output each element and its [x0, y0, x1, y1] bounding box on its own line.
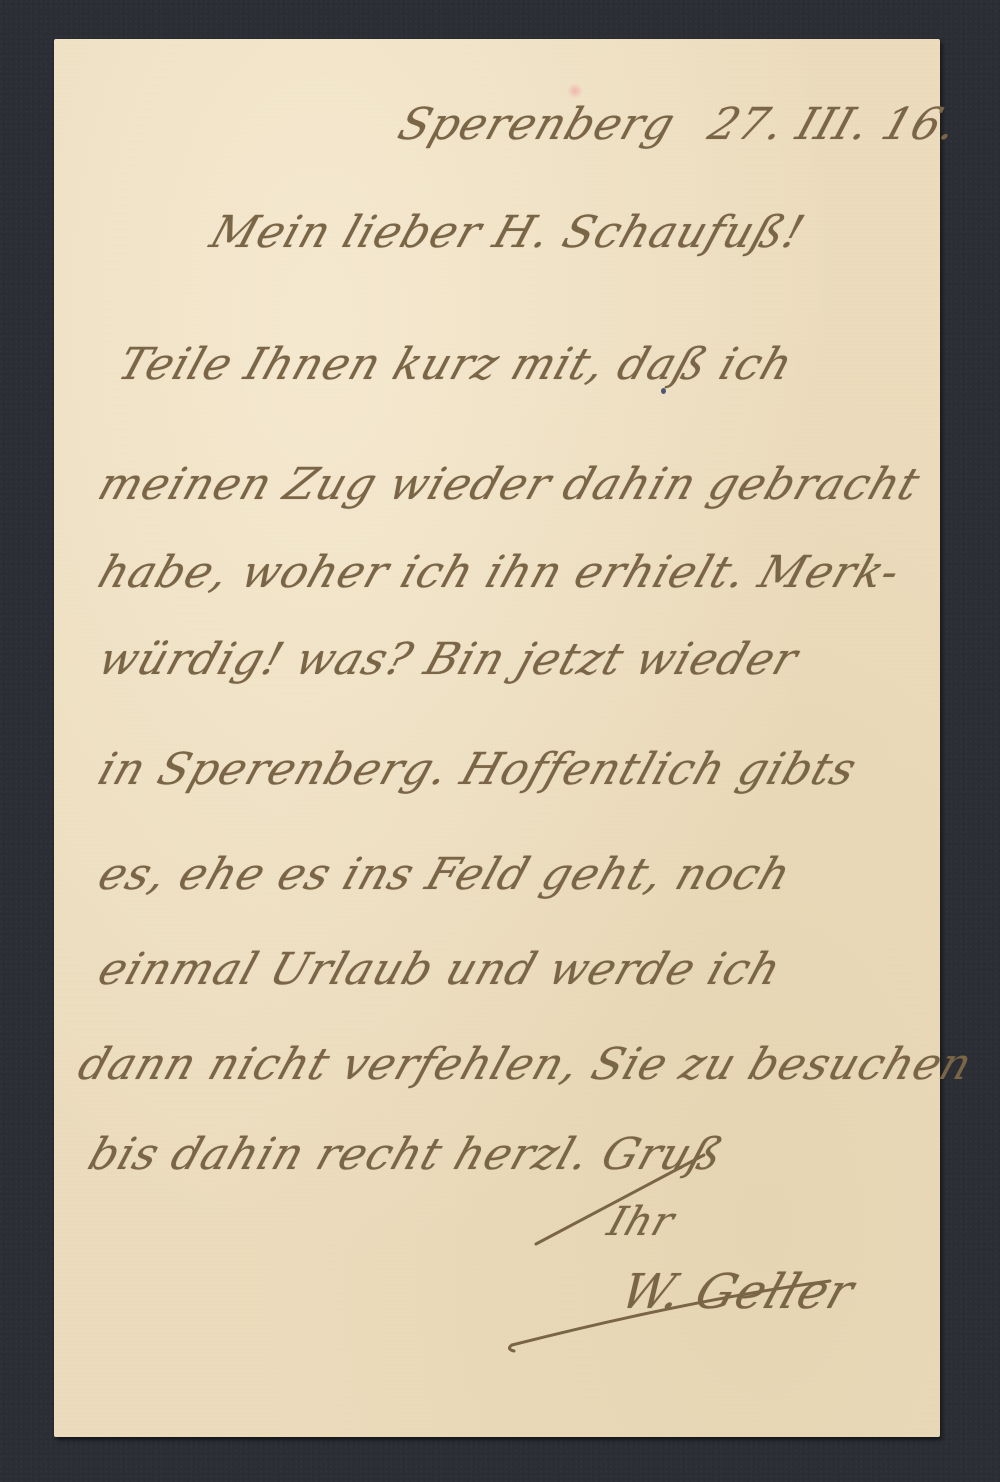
postcard: Sperenberg 27. III. 16. Mein lieber H. S… — [54, 39, 940, 1437]
signature-flourish — [54, 39, 940, 1437]
